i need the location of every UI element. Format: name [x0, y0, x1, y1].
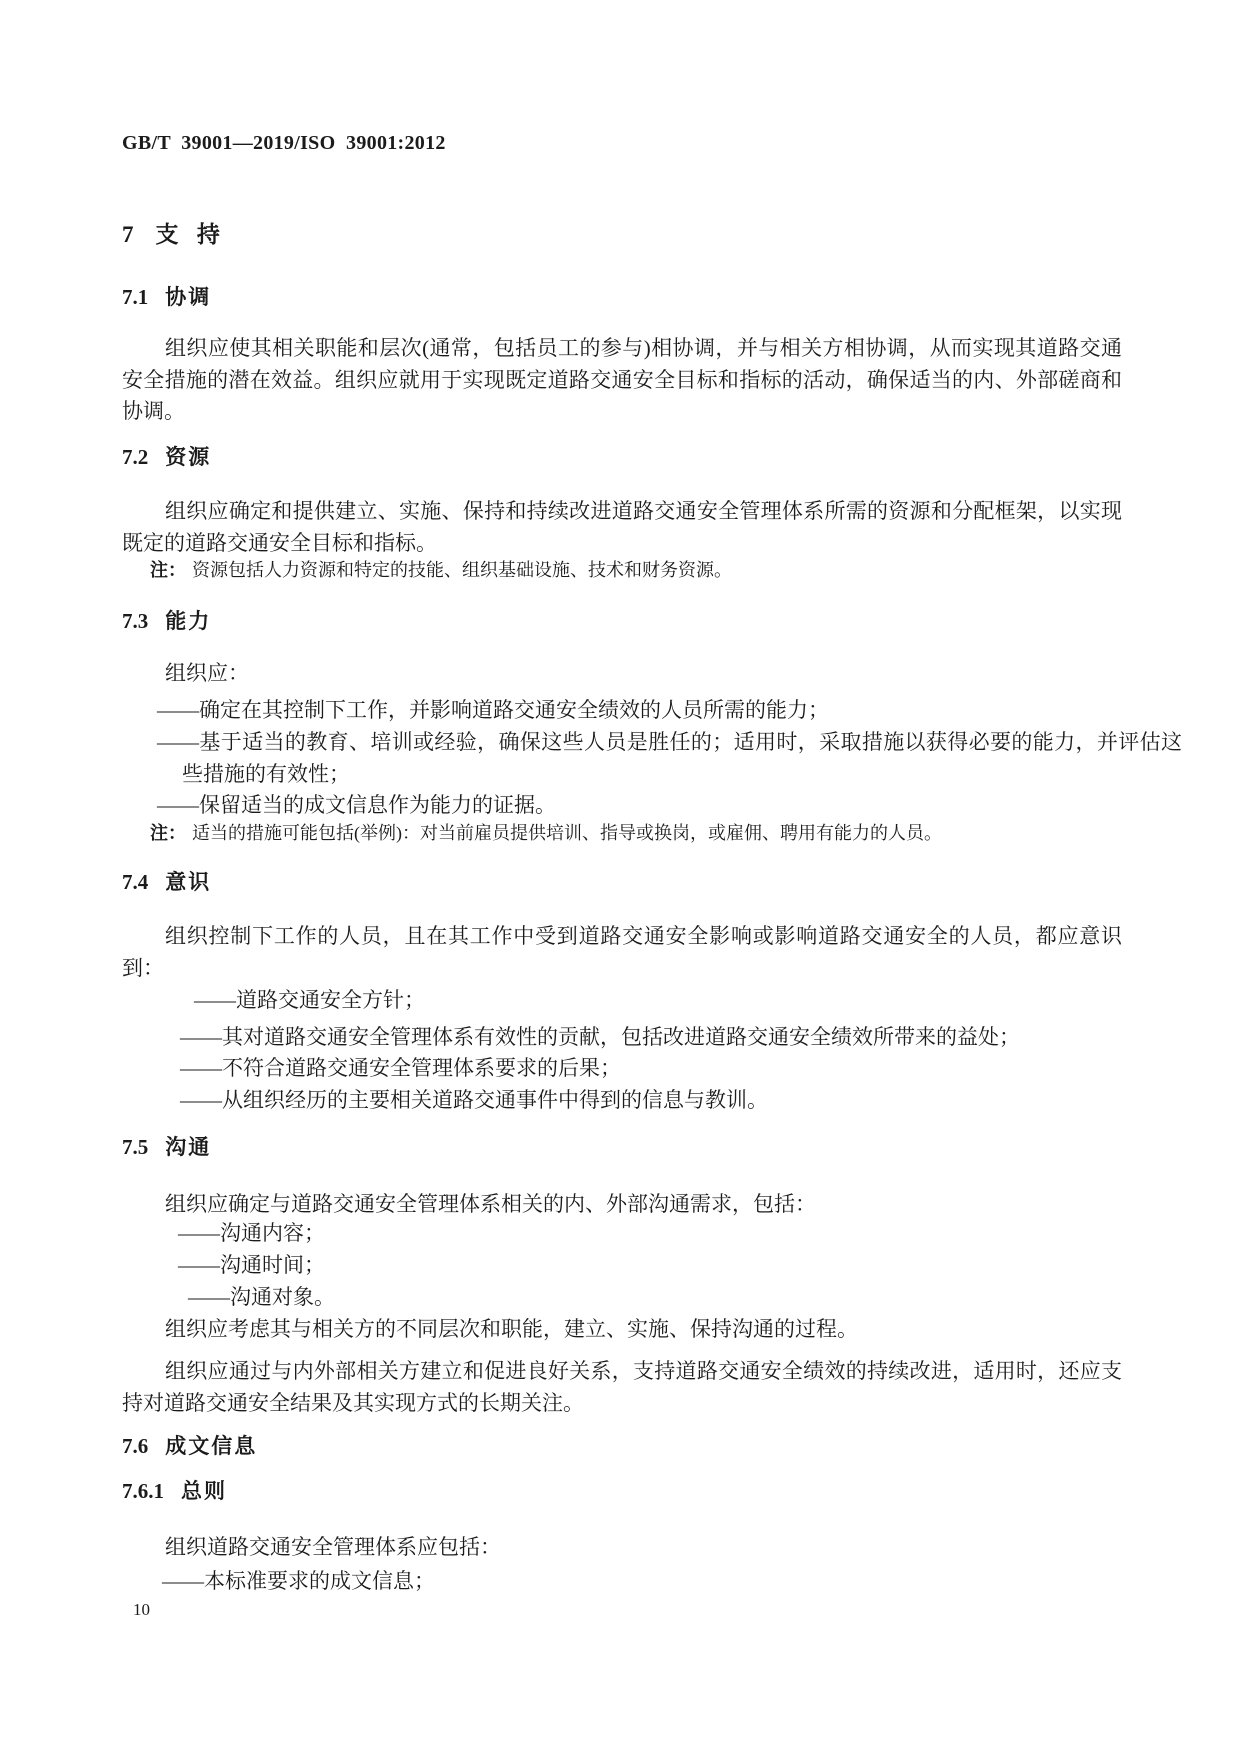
note-text: 资源包括人力资源和特定的技能、组织基础设施、技术和财务资源。	[192, 560, 732, 580]
section-heading-7-6: 7.6成文信息	[122, 1432, 1122, 1461]
section-heading-7-2: 7.2资源	[122, 443, 1122, 472]
page-number: 10	[133, 1600, 150, 1620]
paragraph-7-5: 组织应确定与道路交通安全管理体系相关的内、外部沟通需求，包括：	[122, 1189, 1122, 1221]
note-label: 注：	[150, 823, 186, 843]
note-7-2: 注：资源包括人力资源和特定的技能、组织基础设施、技术和财务资源。	[150, 557, 1150, 583]
section-title: 资源	[165, 446, 211, 469]
paragraph-7-1: 组织应使其相关职能和层次(通常，包括员工的参与)相协调，并与相关方相协调，从而实…	[122, 333, 1122, 428]
section-title: 协调	[165, 286, 211, 309]
list-item: ——沟通时间；	[178, 1250, 1178, 1282]
section-number: 7.1	[122, 285, 148, 309]
list-item: ——确定在其控制下工作，并影响道路交通安全绩效的人员所需的能力；	[157, 695, 1182, 727]
section-title: 能力	[165, 610, 211, 633]
section-title: 意识	[165, 871, 211, 894]
section-number: 7.3	[122, 609, 148, 633]
section-number: 7.4	[122, 870, 148, 894]
paragraph-7-6-1: 组织道路交通安全管理体系应包括：	[122, 1532, 1122, 1564]
chapter-heading: 7支 持	[122, 219, 1122, 250]
note-7-3: 注：适当的措施可能包括(举例)：对当前雇员提供培训、指导或换岗，或雇佣、聘用有能…	[150, 820, 1150, 846]
list-item: ——保留适当的成文信息作为能力的证据。	[157, 790, 1182, 822]
section-title: 成文信息	[165, 1435, 257, 1458]
list-item: ——沟通内容；	[178, 1218, 1178, 1250]
section-heading-7-1: 7.1协调	[122, 283, 1122, 312]
standard-number-header: GB/T 39001—2019/ISO 39001:2012	[122, 131, 1122, 155]
list-item: ——其对道路交通安全管理体系有效性的贡献，包括改进道路交通安全绩效所带来的益处；	[180, 1022, 1180, 1054]
document-page: GB/T 39001—2019/ISO 39001:2012 7支 持 7.1协…	[0, 0, 1240, 1755]
section-title: 总则	[181, 1480, 227, 1503]
paragraph-7-2: 组织应确定和提供建立、实施、保持和持续改进道路交通安全管理体系所需的资源和分配框…	[122, 496, 1122, 559]
list-item: ——道路交通安全方针；	[194, 985, 1194, 1017]
chapter-title: 支 持	[156, 221, 226, 247]
list-item: ——从组织经历的主要相关道路交通事件中得到的信息与教训。	[180, 1085, 1180, 1117]
section-heading-7-6-1: 7.6.1总则	[122, 1477, 1122, 1506]
list-item: ——沟通对象。	[188, 1282, 1188, 1314]
section-heading-7-4: 7.4意识	[122, 868, 1122, 897]
section-number: 7.5	[122, 1135, 148, 1159]
lead-in-7-3: 组织应：	[122, 658, 1122, 690]
list-item: ——不符合道路交通安全管理体系要求的后果；	[180, 1053, 1180, 1085]
paragraph-7-5-relations: 组织应通过与内外部相关方建立和促进良好关系，支持道路交通安全绩效的持续改进，适用…	[122, 1356, 1122, 1419]
section-number: 7.6	[122, 1434, 148, 1458]
section-number: 7.2	[122, 445, 148, 469]
note-label: 注：	[150, 560, 186, 580]
section-heading-7-5: 7.5沟通	[122, 1133, 1122, 1162]
section-title: 沟通	[165, 1136, 211, 1159]
list-item: ——基于适当的教育、培训或经验，确保这些人员是胜任的；适用时，采取措施以获得必要…	[157, 727, 1182, 791]
section-number: 7.6.1	[122, 1479, 164, 1503]
note-text: 适当的措施可能包括(举例)：对当前雇员提供培训、指导或换岗，或雇佣、聘用有能力的…	[192, 823, 942, 843]
section-heading-7-3: 7.3能力	[122, 607, 1122, 636]
chapter-number: 7	[122, 222, 134, 247]
list-item: ——本标准要求的成文信息；	[162, 1566, 1162, 1598]
paragraph-7-4: 组织控制下工作的人员，且在其工作中受到道路交通安全影响或影响道路交通安全的人员，…	[122, 921, 1122, 984]
paragraph-7-5-process: 组织应考虑其与相关方的不同层次和职能，建立、实施、保持沟通的过程。	[122, 1314, 1122, 1346]
